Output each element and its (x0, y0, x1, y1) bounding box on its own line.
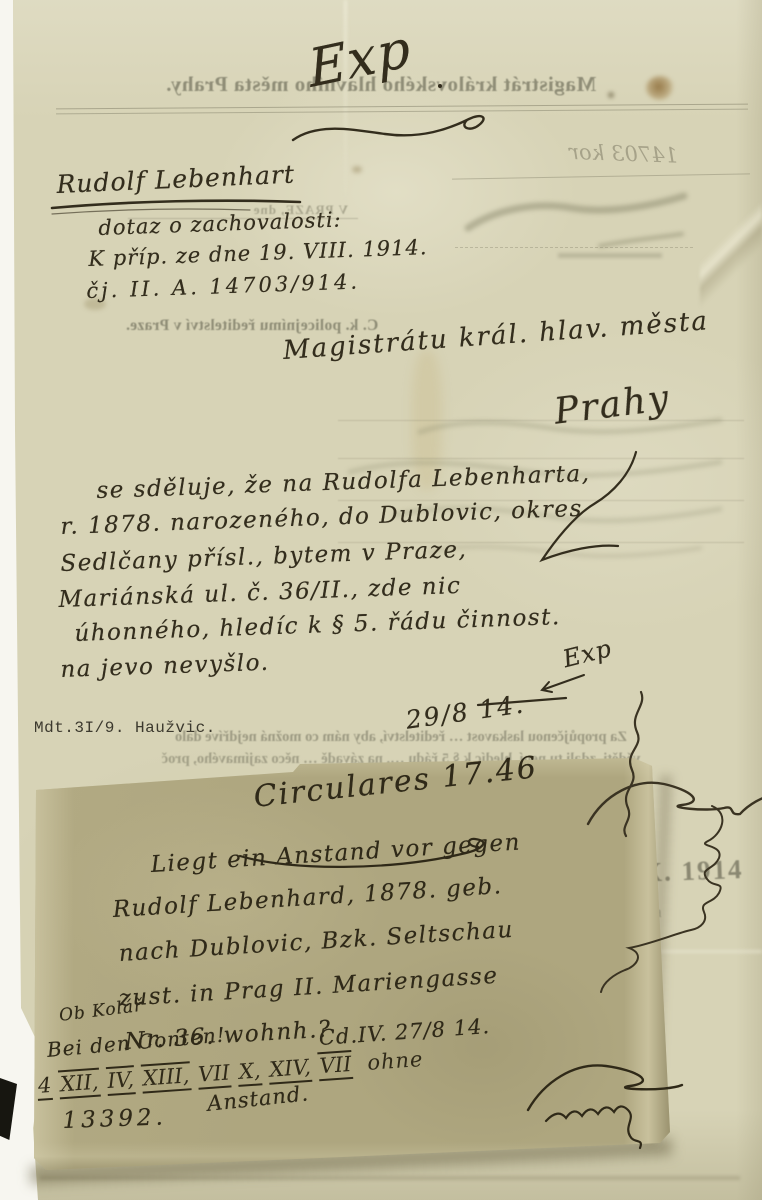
scanned-document: Magistrát královského hlavního města Pra… (0, 0, 762, 1200)
slip-file-number: 13392. (62, 1104, 167, 1134)
numeral-token: 4 (36, 1073, 53, 1101)
numeral-token: XIV, (268, 1055, 313, 1085)
bleedthrough-signature-rule (455, 247, 693, 248)
paper-stain (352, 166, 362, 173)
numeral-token: VII (196, 1060, 232, 1089)
paper-crease (660, 950, 762, 953)
numerals-suffix: ohne (367, 1047, 425, 1075)
bleedthrough-form-rule (338, 420, 744, 421)
typed-clerk-note: Mdt.3I/9. Haužvic. (34, 719, 216, 737)
numeral-token: XIII, (141, 1061, 191, 1093)
bleedthrough-caption-bar (558, 253, 662, 258)
numeral-token: VII (318, 1050, 354, 1081)
bleedthrough-form-rule (338, 458, 744, 459)
scanner-edge-shadow (0, 1072, 17, 1140)
numeral-token: XII, (58, 1068, 100, 1100)
numeral-token: IV, (105, 1065, 135, 1096)
numeral-token: X, (237, 1058, 262, 1087)
paper-crease (700, 140, 762, 350)
